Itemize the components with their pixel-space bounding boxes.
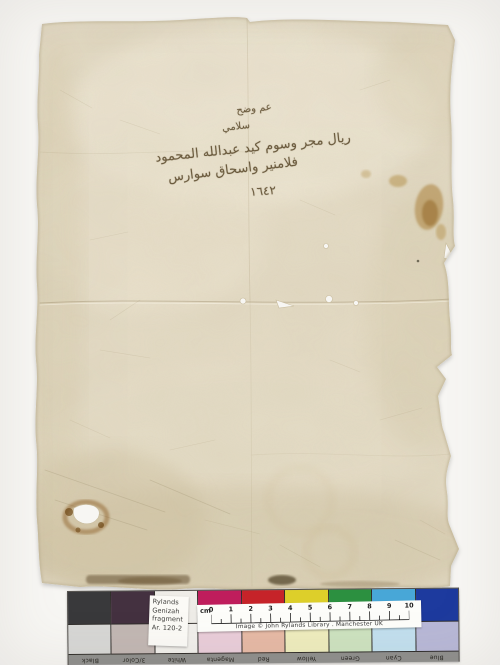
chart-label-cell: Yellow — [285, 653, 328, 663]
patch-3-color-saturated — [111, 591, 154, 625]
patch-blue-tint — [416, 622, 459, 652]
chart-label-cell: Black — [69, 655, 112, 665]
chart-label-cell: 3/Color — [112, 654, 155, 664]
ruler-number: 8 — [367, 602, 372, 610]
archive-label-card: Rylands Genizah fragment Ar. 120-2 — [148, 595, 189, 646]
chart-label-cell: Green — [329, 652, 372, 662]
patch-black-tint — [68, 625, 111, 655]
chart-label-cell: Red — [242, 653, 285, 663]
ruler-number: 9 — [387, 602, 392, 610]
shelfmark-label: Ar. 120-2 — [152, 623, 188, 633]
chart-patch-label: Green — [341, 654, 360, 660]
ruler-number: 2 — [248, 605, 253, 613]
chart-column-blue — [415, 589, 458, 652]
chart-patch-label: Magenta — [206, 656, 234, 662]
ruler-card: cm 012345678910 Image © John Rylands Lib… — [197, 600, 422, 632]
inscription-date-line: ١٦٤٢ — [250, 183, 277, 199]
ruler-number: 1 — [229, 605, 234, 613]
chart-patch-label: Yellow — [297, 655, 317, 661]
chart-column-black — [68, 592, 112, 655]
ruler-number: 3 — [268, 604, 273, 612]
chart-label-cell: Blue — [415, 652, 458, 662]
chart-patch-label: 3/Color — [122, 656, 145, 662]
ruler-number: 6 — [328, 603, 333, 611]
patch-black-saturated — [68, 592, 111, 626]
chart-patch-label: Red — [258, 655, 270, 661]
digitised-manuscript-photo: عم وضح سلامي ريال مجر وسوم كيد عبدالله ا… — [0, 0, 500, 665]
ruler-number: 5 — [308, 604, 313, 612]
ruler-number: 0 — [209, 606, 214, 614]
paper-fragment-artwork — [0, 0, 500, 665]
chart-patch-label: White — [168, 656, 187, 662]
ruler-number: 4 — [288, 604, 293, 612]
chart-label-cell: Magenta — [199, 653, 242, 663]
ruler-number: 7 — [347, 603, 352, 611]
chart-patch-label: Black — [82, 657, 99, 663]
chart-patch-label: Blue — [430, 654, 444, 660]
chart-label-cell: Cyan — [372, 652, 415, 662]
chart-patch-label: Cyan — [386, 654, 402, 660]
patch-blue-saturated — [415, 589, 458, 623]
chart-label-cell: White — [155, 654, 198, 664]
ruler-number: 10 — [404, 601, 413, 609]
